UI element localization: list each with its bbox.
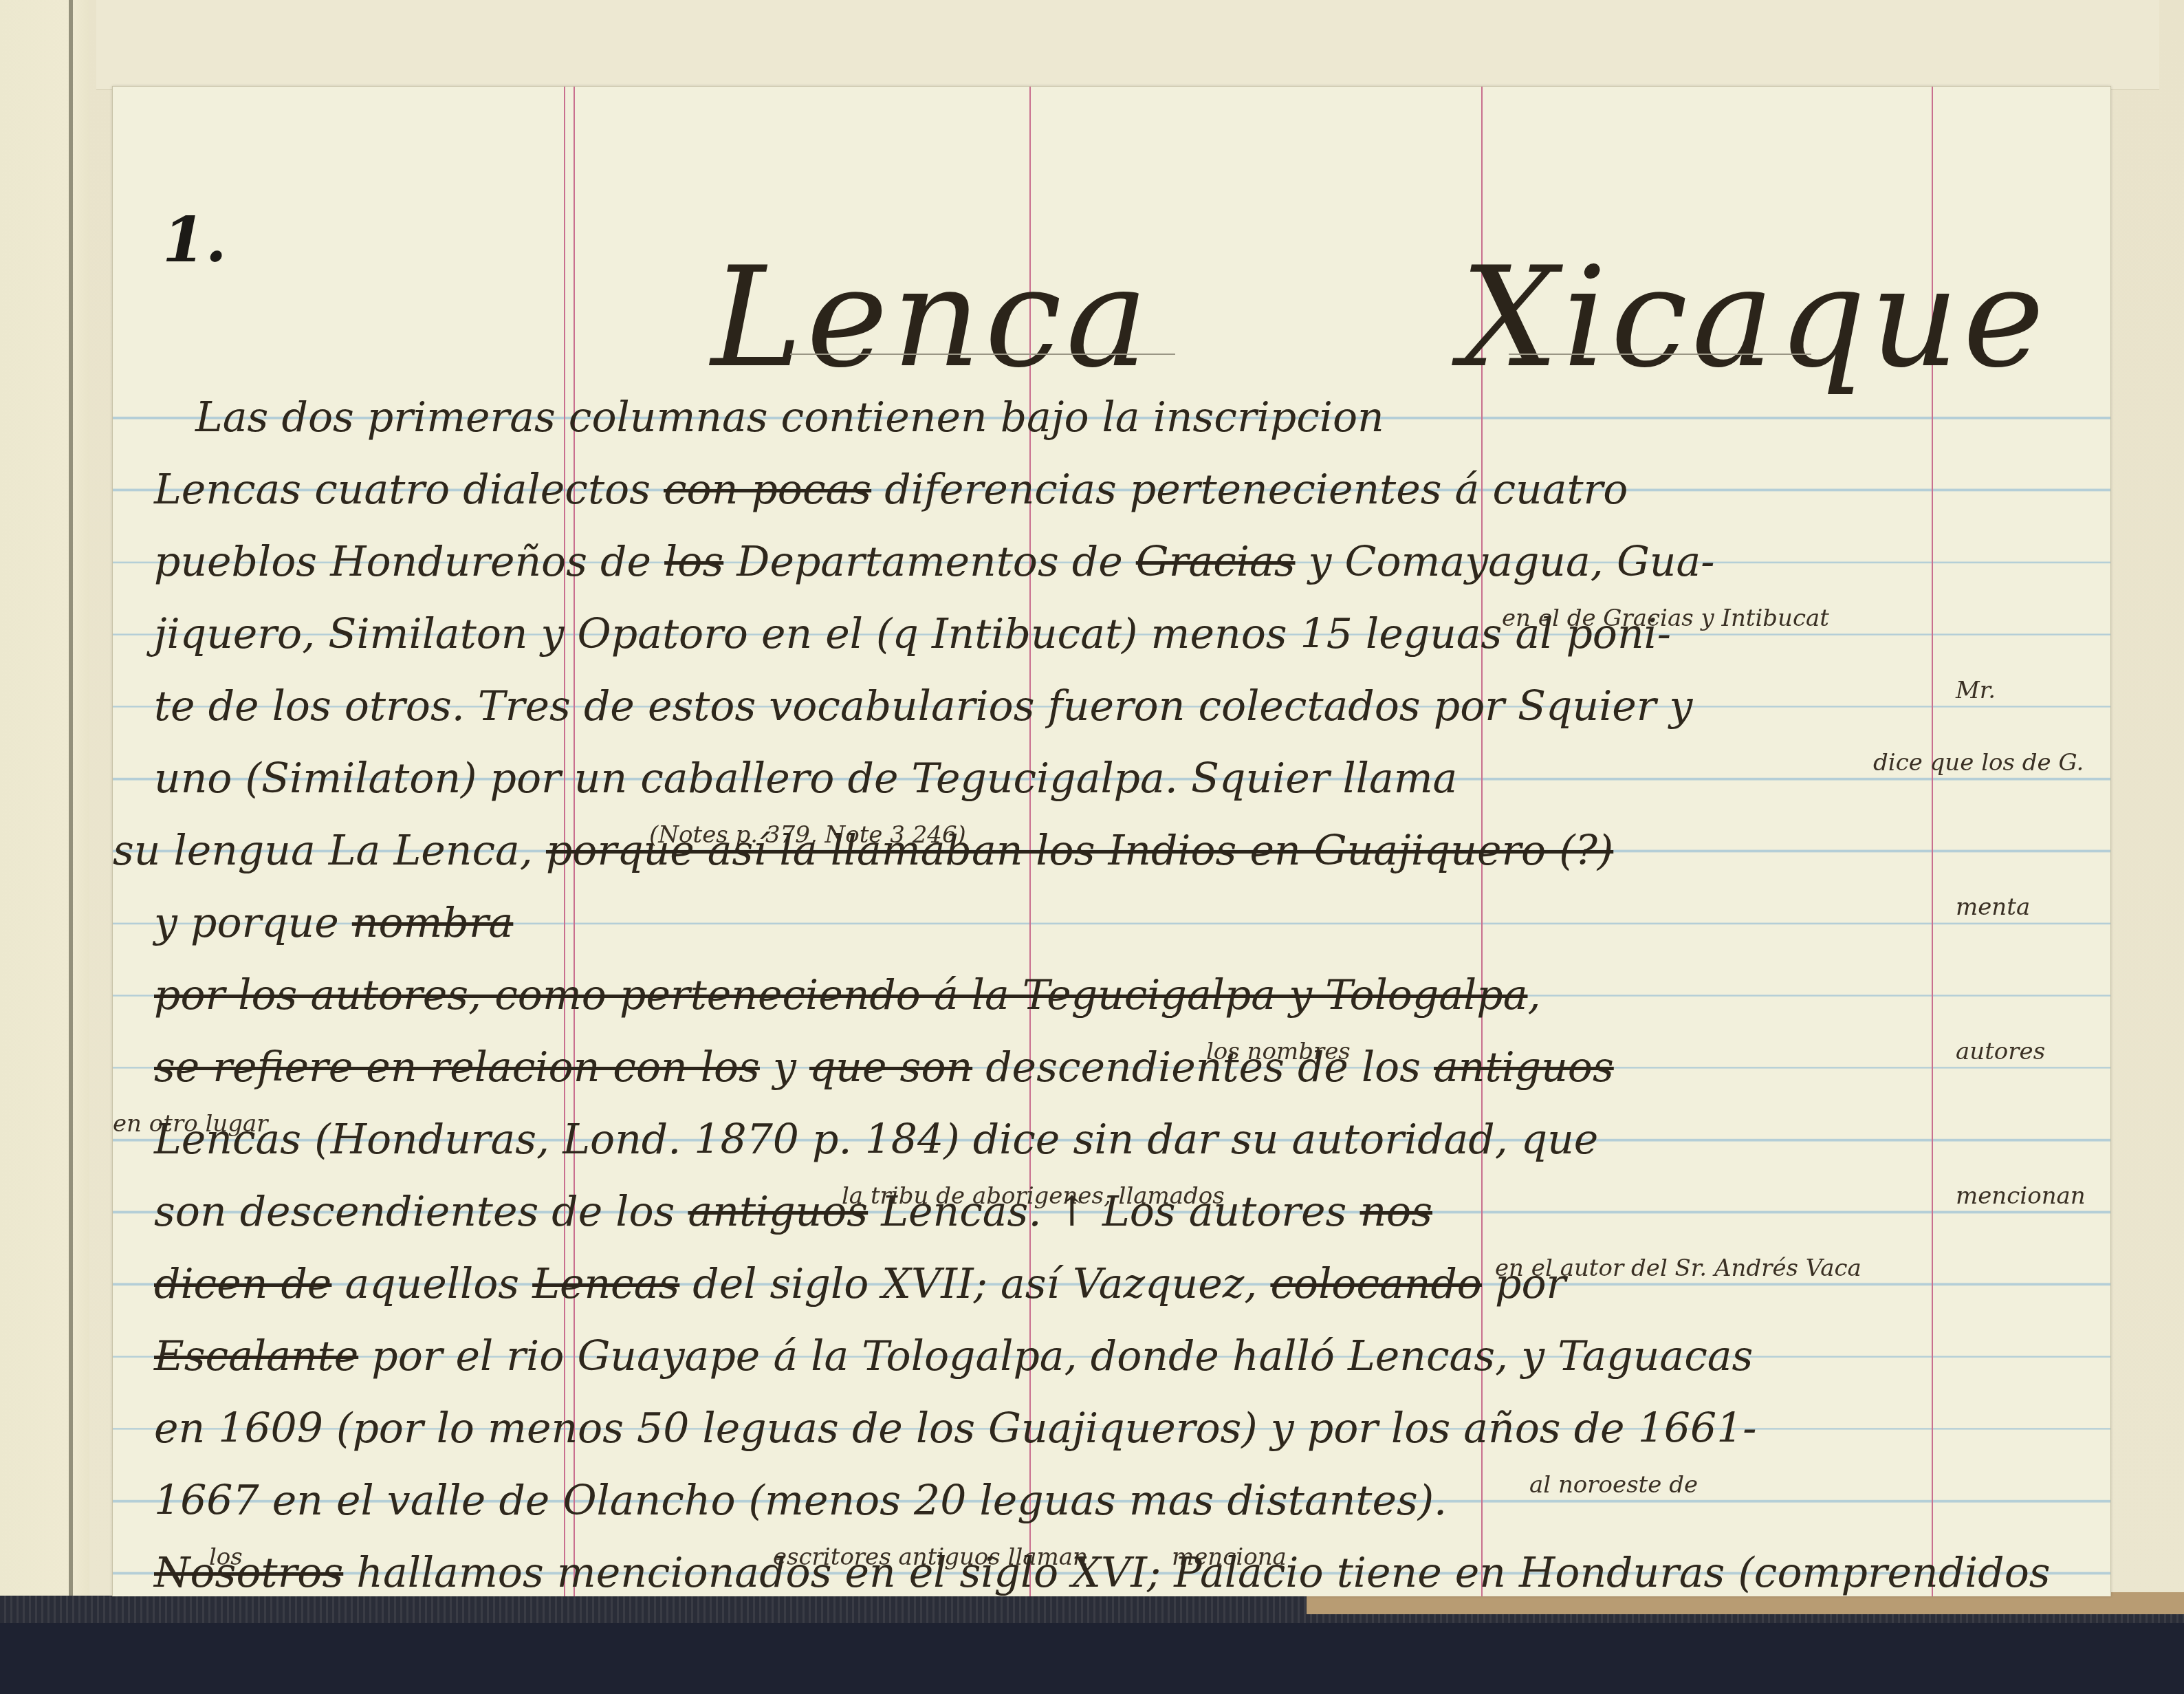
text-line: los nombres autores se refiere en relaci… [154, 1025, 2100, 1098]
text-line: en el autor del Sr. Andrés Vaca dicen de… [154, 1242, 2100, 1314]
struck-text: nombra [352, 899, 514, 947]
manuscript-body: Las dos primeras columnas contienen bajo… [154, 376, 2100, 1596]
book-spine-gutter [69, 0, 73, 1596]
text-line: dice que los de G. uno (Similaton) por u… [154, 737, 2100, 809]
struck-text: nos [1359, 1188, 1432, 1236]
text-line: (Notes p. 379, Note 3 246) su lengua La … [154, 809, 2100, 881]
interlinear-insertion: autores [1956, 1016, 2045, 1088]
interlinear-insertion: mencionan [1956, 1160, 2086, 1233]
struck-text: los [664, 538, 723, 586]
text-line: pueblos Hondureños de los Departamentos … [154, 520, 2100, 592]
underlying-page-top-edge [96, 0, 2159, 90]
title-underline [790, 354, 1175, 355]
manuscript-sheet: 1. Lenca Xicaque Las dos primeras column… [112, 86, 2111, 1596]
interlinear-insertion: al noroeste de [1529, 1449, 1698, 1521]
struck-text: Lencas [532, 1260, 679, 1308]
text-line: Escalante por el rio Guayape á la Tologa… [154, 1314, 2100, 1387]
page-number: 1. [162, 204, 227, 276]
title-underline [1509, 354, 1811, 355]
struck-text: colocando [1270, 1260, 1482, 1308]
title-lenca: Lenca [711, 238, 1152, 398]
struck-text: Nosotros [154, 1549, 343, 1596]
text-line: Lencas cuatro dialectos con pocas difere… [154, 448, 2100, 520]
struck-text: con pocas [664, 466, 871, 514]
text-line: en otro lugar Lencas (Honduras, Lond. 18… [154, 1098, 2100, 1170]
left-facing-page [0, 0, 103, 1596]
text-line: en el de Gracias y Intibucat jiquero, Si… [154, 592, 2100, 664]
interlinear-insertion: Mr. [1956, 655, 1996, 727]
text-line: Mr. te de los otros. Tres de estos vocab… [154, 664, 2100, 737]
text-line: al noroeste de 1667 en el valle de Olanc… [154, 1459, 2100, 1531]
struck-text: por los autores, como perteneciendo á la… [154, 971, 1528, 1019]
text-line: menta y porque nombra [154, 881, 2100, 953]
text-line: por los autores, como perteneciendo á la… [154, 953, 2100, 1025]
interlinear-insertion: dice que los de G. [1873, 727, 2084, 799]
struck-text: antiguos [688, 1188, 868, 1236]
struck-text: Gracias [1136, 538, 1296, 586]
interlinear-insertion: menta [1956, 871, 2030, 944]
struck-text: porque así la llamaban los Indios en Gua… [546, 827, 1613, 875]
struck-text: que son [809, 1043, 972, 1092]
title-xicaque: Xicaque [1461, 238, 2049, 398]
struck-text: Escalante [154, 1332, 358, 1380]
struck-text: antiguos [1434, 1043, 1614, 1092]
text-line: los menciona escritores antiguos llaman … [154, 1531, 2100, 1596]
text-line: en 1609 (por lo menos 50 leguas de los G… [154, 1387, 2100, 1459]
text-line: la tribu de aborigenes, llamados mencion… [154, 1170, 2100, 1242]
struck-text: se refiere en relacion con los [154, 1043, 760, 1092]
text-line: Las dos primeras columnas contienen bajo… [154, 376, 2100, 448]
struck-text: dicen de [154, 1260, 331, 1308]
